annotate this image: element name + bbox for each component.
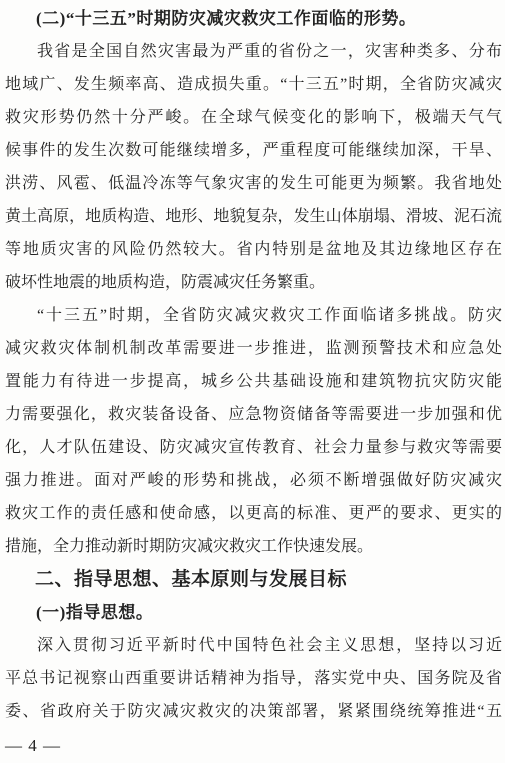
text-line: 深入贯彻习近平新时代中国特色社会主义思想，坚持以习近 (5, 629, 502, 662)
text-line: 黄土高原，地质构造、地形、地貌复杂，发生山体崩塌、滑坡、泥石流 (5, 200, 502, 233)
text-line: 化，人才队伍建设、防灾减灾宣传教育、社会力量参与救灾等需要 (5, 431, 502, 464)
page-number: — 4 — (5, 729, 502, 762)
text-line: 等地质灾害的风险仍然较大。省内特别是盆地及其边缘地区存在 (5, 233, 502, 266)
text-line: 强力推进。面对严峻的形势和挑战，必须不断增强做好防灾减灾 (5, 464, 502, 497)
body-paragraph: 深入贯彻习近平新时代中国特色社会主义思想，坚持以习近平总书记视察山西重要讲话精神… (5, 629, 502, 728)
text-line: “十三五”时期，全省防灾减灾救灾工作面临诸多挑战。防灾 (5, 299, 502, 332)
document-body: (二)“十三五”时期防灾减灾救灾工作面临的形势。我省是全国自然灾害最为严重的省份… (5, 2, 502, 728)
text-line: 破坏性地震的地质构造，防震减灾任务繁重。 (5, 266, 502, 299)
text-line: 救灾工作的责任感和使命感，以更高的标准、更严的要求、更实的 (5, 497, 502, 530)
text-line: 救灾形势仍然十分严峻。在全球气候变化的影响下，极端天气气 (5, 101, 502, 134)
document-page: (二)“十三五”时期防灾减灾救灾工作面临的形势。我省是全国自然灾害最为严重的省份… (0, 0, 505, 763)
text-line: 候事件的发生次数可能继续增多，严重程度可能继续加深，干旱、 (5, 134, 502, 167)
text-line: 措施，全力推动新时期防灾减灾救灾工作快速发展。 (5, 530, 502, 563)
text-line: 地域广、发生频率高、造成损失重。“十三五”时期，全省防灾减灾 (5, 68, 502, 101)
section-heading: (一)指导思想。 (5, 596, 502, 629)
text-line: 平总书记视察山西重要讲话精神为指导，落实党中央、国务院及省 (5, 662, 502, 695)
text-line: 我省是全国自然灾害最为严重的省份之一，灾害种类多、分布 (5, 35, 502, 68)
chapter-heading: 二、指导思想、基本原则与发展目标 (5, 563, 502, 596)
text-line: 减灾救灾体制机制改革需要进一步推进，监测预警技术和应急处 (5, 332, 502, 365)
section-heading: (二)“十三五”时期防灾减灾救灾工作面临的形势。 (5, 2, 502, 35)
text-line: 力需要强化，救灾装备设备、应急物资储备等需要进一步加强和优 (5, 398, 502, 431)
text-line: 委、省政府关于防灾减灾救灾的决策部署，紧紧围绕统筹推进“五 (5, 695, 502, 728)
body-paragraph: “十三五”时期，全省防灾减灾救灾工作面临诸多挑战。防灾减灾救灾体制机制改革需要进… (5, 299, 502, 563)
text-line: 洪涝、风雹、低温冷冻等气象灾害的发生可能更为频繁。我省地处 (5, 167, 502, 200)
body-paragraph: 我省是全国自然灾害最为严重的省份之一，灾害种类多、分布地域广、发生频率高、造成损… (5, 35, 502, 299)
text-line: 置能力有待进一步提高，城乡公共基础设施和建筑物抗灾防灾能 (5, 365, 502, 398)
